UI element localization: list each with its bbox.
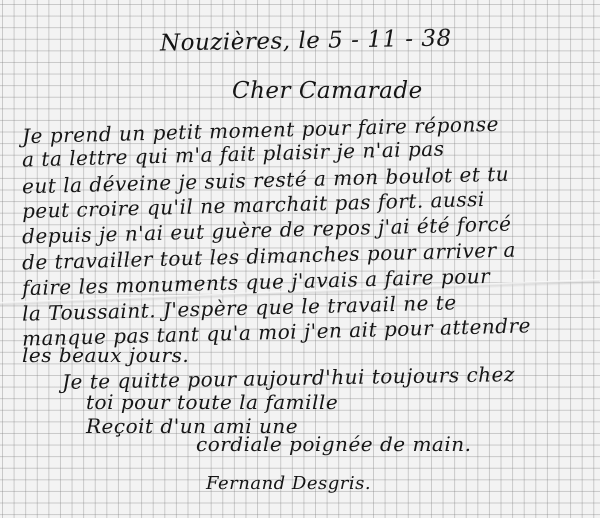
salutation: Cher Camarade xyxy=(232,78,423,104)
place-date: Nouzières, le 5 - 11 - 38 xyxy=(160,25,452,56)
letter-line: cordiale poignée de main. xyxy=(196,432,472,456)
letter-line: toi pour toute la famille xyxy=(86,390,338,414)
letter-page: Nouzières, le 5 - 11 - 38 Cher Camarade … xyxy=(0,0,600,518)
letter-line: les beaux jours. xyxy=(22,343,189,367)
signature: Fernand Desgris. xyxy=(206,473,371,494)
